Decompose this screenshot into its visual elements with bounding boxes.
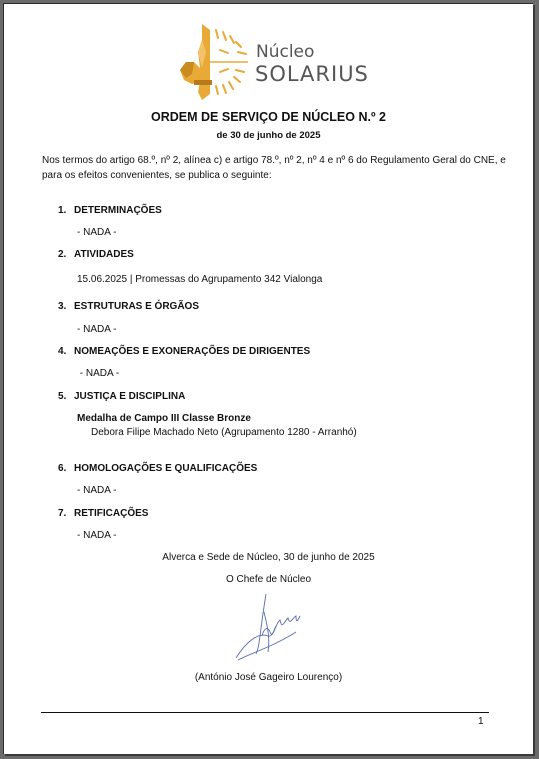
section-heading-atividades: 2.ATIVIDADES (58, 249, 134, 260)
section-heading-retificacoes: 7.RETIFICAÇÕES (58, 508, 148, 519)
signatory-role: O Chefe de Núcleo (4, 574, 533, 585)
document-date: de 30 de junho de 2025 (4, 130, 533, 141)
section-body-atividades: 15.06.2025 | Promessas do Agrupamento 34… (77, 274, 322, 285)
logo-text-solarius: SOLARIUS (255, 62, 369, 86)
award-title: Medalha de Campo III Classe Bronze (77, 413, 251, 424)
section-body-determinacoes: - NADA - (77, 227, 116, 238)
logo-text-nucleo: Núcleo (256, 42, 314, 62)
section-heading-estruturas: 3.ESTRUTURAS E ÓRGÃOS (58, 301, 199, 312)
section-heading-justica: 5.JUSTIÇA E DISCIPLINA (58, 391, 185, 402)
footer-divider (41, 712, 489, 713)
intro-paragraph: Nos termos do artigo 68.º, nº 2, alínea … (42, 154, 512, 183)
document-title: ORDEM DE SERVIÇO DE NÚCLEO N.º 2 (4, 110, 533, 124)
section-body-retificacoes: - NADA - (77, 530, 116, 541)
section-heading-determinacoes: 1.DETERMINAÇÕES (58, 205, 162, 216)
section-heading-homologacoes: 6.HOMOLOGAÇÕES E QUALIFICAÇÕES (58, 463, 257, 474)
section-heading-nomeacoes: 4.NOMEAÇÕES E EXONERAÇÕES DE DIRIGENTES (58, 346, 310, 357)
award-recipient: Debora Filipe Machado Neto (Agrupamento … (91, 427, 357, 438)
signatory-name: (António José Gageiro Lourenço) (4, 672, 533, 683)
section-body-nomeacoes: - NADA - (77, 368, 119, 379)
section-body-homologacoes: - NADA - (77, 485, 116, 496)
section-body-estruturas: - NADA - (77, 324, 116, 335)
document-page: Núcleo SOLARIUS ORDEM DE SERVIÇO DE NÚCL… (3, 3, 533, 754)
signature-image (234, 592, 304, 664)
fleur-de-lis-sun-icon (172, 22, 252, 102)
nucleo-solarius-logo: Núcleo SOLARIUS (172, 22, 372, 102)
page-number: 1 (478, 716, 484, 727)
place-and-date: Alverca e Sede de Núcleo, 30 de junho de… (4, 552, 533, 563)
